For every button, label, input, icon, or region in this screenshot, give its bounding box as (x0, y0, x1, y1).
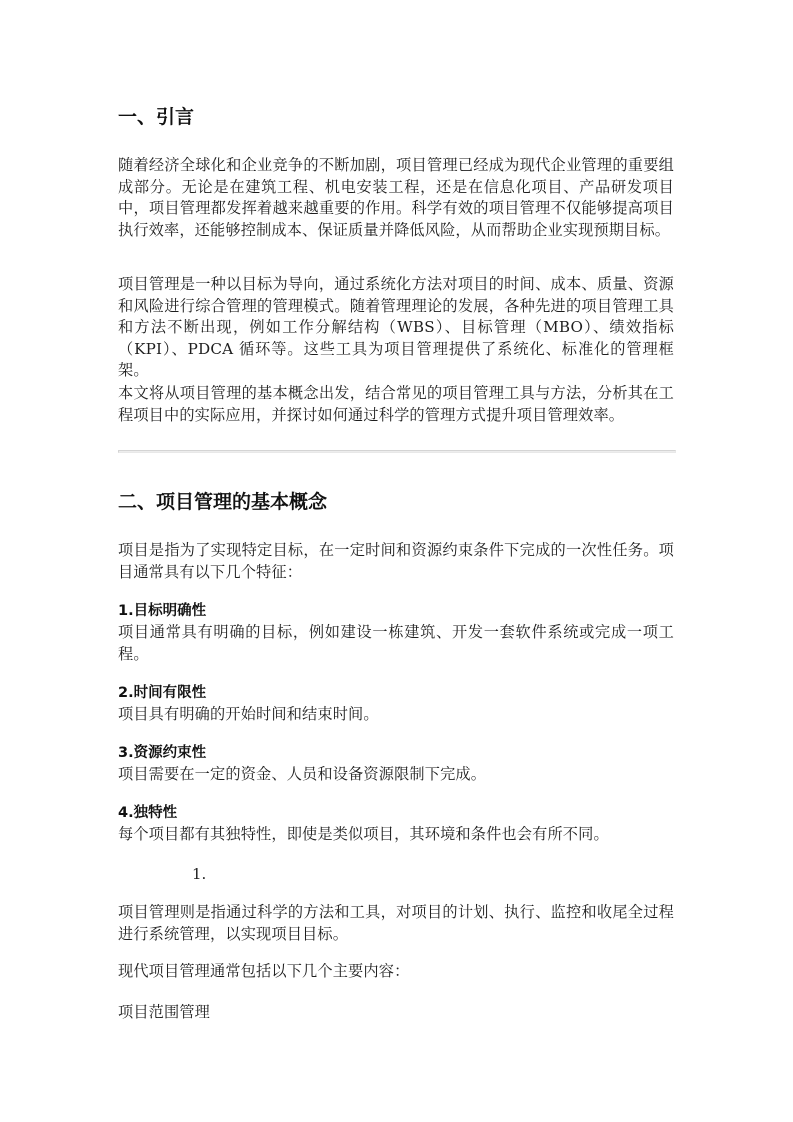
content-item-scope-management: 项目范围管理 (118, 1002, 674, 1024)
feature-desc-resource-constraint: 项目需要在一定的资金、人员和设备资源限制下完成。 (118, 764, 674, 786)
intro-paragraph-3: 本文将从项目管理的基本概念出发，结合常见的项目管理工具与方法，分析其在工程项目中… (118, 383, 674, 426)
feature-title-uniqueness: 4.独特性 (118, 803, 177, 823)
section-heading-introduction: 一、引言 (118, 105, 194, 129)
intro-paragraph-2: 项目管理是一种以目标为导向，通过系统化方法对项目的时间、成本、质量、资源和风险进… (118, 274, 674, 382)
horizontal-divider (118, 450, 676, 453)
project-management-definition: 项目管理则是指通过科学的方法和工具，对项目的计划、执行、监控和收尾全过程进行系统… (118, 902, 674, 945)
content-intro-paragraph: 现代项目管理通常包括以下几个主要内容： (118, 961, 674, 983)
feature-desc-uniqueness: 每个项目都有其独特性，即使是类似项目，其环境和条件也会有所不同。 (118, 824, 674, 846)
intro-paragraph-1: 随着经济全球化和企业竞争的不断加剧，项目管理已经成为现代企业管理的重要组成部分。… (118, 155, 674, 241)
feature-title-goal-clarity: 1.目标明确性 (118, 601, 206, 621)
feature-desc-time-limit: 项目具有明确的开始时间和结束时间。 (118, 704, 674, 726)
section-heading-basic-concepts: 二、项目管理的基本概念 (118, 490, 327, 514)
feature-title-time-limit: 2.时间有限性 (118, 683, 206, 703)
project-definition-paragraph: 项目是指为了实现特定目标，在一定时间和资源约束条件下完成的一次性任务。项目通常具… (118, 540, 674, 583)
feature-desc-goal-clarity: 项目通常具有明确的目标，例如建设一栋建筑、开发一套软件系统或完成一项工程。 (118, 622, 674, 665)
ordered-list-marker: 1. (192, 864, 206, 884)
feature-title-resource-constraint: 3.资源约束性 (118, 743, 206, 763)
